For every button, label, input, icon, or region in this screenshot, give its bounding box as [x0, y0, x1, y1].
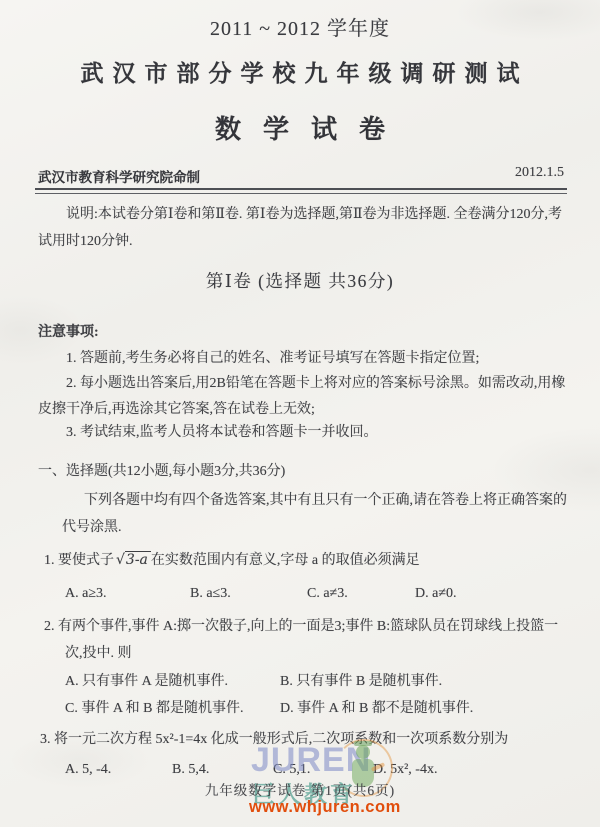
exam-date: 2012.1.5 — [515, 165, 564, 181]
question-2: 2. 有两个事件,事件 A:掷一次骰子,向上的一面是3;事件 B:篮球队员在罚球… — [65, 613, 567, 667]
school-year-line: 2011 ~ 2012 学年度 — [0, 12, 600, 41]
subject-title: 数学试卷 — [0, 109, 600, 146]
issuer-line: 武汉市教育科学研究院命制 — [38, 166, 200, 186]
question-1-suffix: 在实数范围内有意义,字母 a 的取值必须满足 — [151, 553, 420, 568]
mascot-head — [356, 745, 370, 759]
note-item-2: 2. 每小题选出答案后,用2B铅笔在答题卡上将对应的答案标号涂黑。如需改动,用橡… — [38, 371, 566, 423]
exam-title: 武汉市部分学校九年级调研测试 — [0, 55, 600, 88]
question-2-option-d: D. 事件 A 和 B 都不是随机事件. — [280, 697, 473, 721]
question-2-options-row-2: C. 事件 A 和 B 都是随机事件. D. 事件 A 和 B 都不是随机事件. — [65, 697, 473, 721]
choice-section-heading: 一、选择题(共12小题,每小题3分,共36分) — [38, 459, 285, 485]
question-1: 1. 要使式子√3-a在实数范围内有意义,字母 a 的取值必须满足 — [44, 547, 420, 574]
note-item-3: 3. 考试结束,监考人员将本试卷和答题卡一并收回。 — [38, 420, 378, 446]
question-2-option-b: B. 只有事件 B 是随机事件. — [280, 670, 442, 694]
exam-description: 说明:本试卷分第Ⅰ卷和第Ⅱ卷. 第Ⅰ卷为选择题,第Ⅱ卷为非选择题. 全卷满分12… — [38, 201, 566, 255]
header-divider — [35, 188, 567, 194]
question-1-options: A. a≥3. B. a≤3. C. a≠3. D. a≠0. — [65, 582, 457, 606]
question-2-options-row-1: A. 只有事件 A 是随机事件. B. 只有事件 B 是随机事件. — [65, 670, 442, 694]
note-item-1: 1. 答题前,考生务必将自己的姓名、准考证号填写在答题卡指定位置; — [38, 346, 479, 372]
question-1-option-c: C. a≠3. — [307, 582, 415, 606]
choice-section-intro: 下列各题中均有四个备选答案,其中有且只有一个正确,请在答卷上将正确答案的代号涂黑… — [62, 487, 570, 541]
page-footer-label: 九年级数学试卷 第1页(共6页) — [0, 779, 600, 799]
question-2-option-a: A. 只有事件 A 是随机事件. — [65, 670, 280, 694]
question-1-prefix: 1. 要使式子 — [44, 553, 114, 568]
question-2-option-c: C. 事件 A 和 B 都是随机事件. — [65, 697, 280, 721]
exam-paper-page: 2011 ~ 2012 学年度 武汉市部分学校九年级调研测试 数学试卷 武汉市教… — [0, 0, 600, 827]
watermark-url: www.whjuren.com — [249, 798, 401, 817]
sqrt-expression: √3-a — [114, 553, 151, 568]
question-1-option-a: A. a≥3. — [65, 582, 190, 606]
question-1-option-b: B. a≤3. — [190, 582, 307, 606]
notes-title: 注意事项: — [38, 320, 99, 346]
question-1-option-d: D. a≠0. — [415, 582, 457, 606]
part1-heading: 第Ⅰ卷 (选择题 共36分) — [0, 268, 600, 293]
